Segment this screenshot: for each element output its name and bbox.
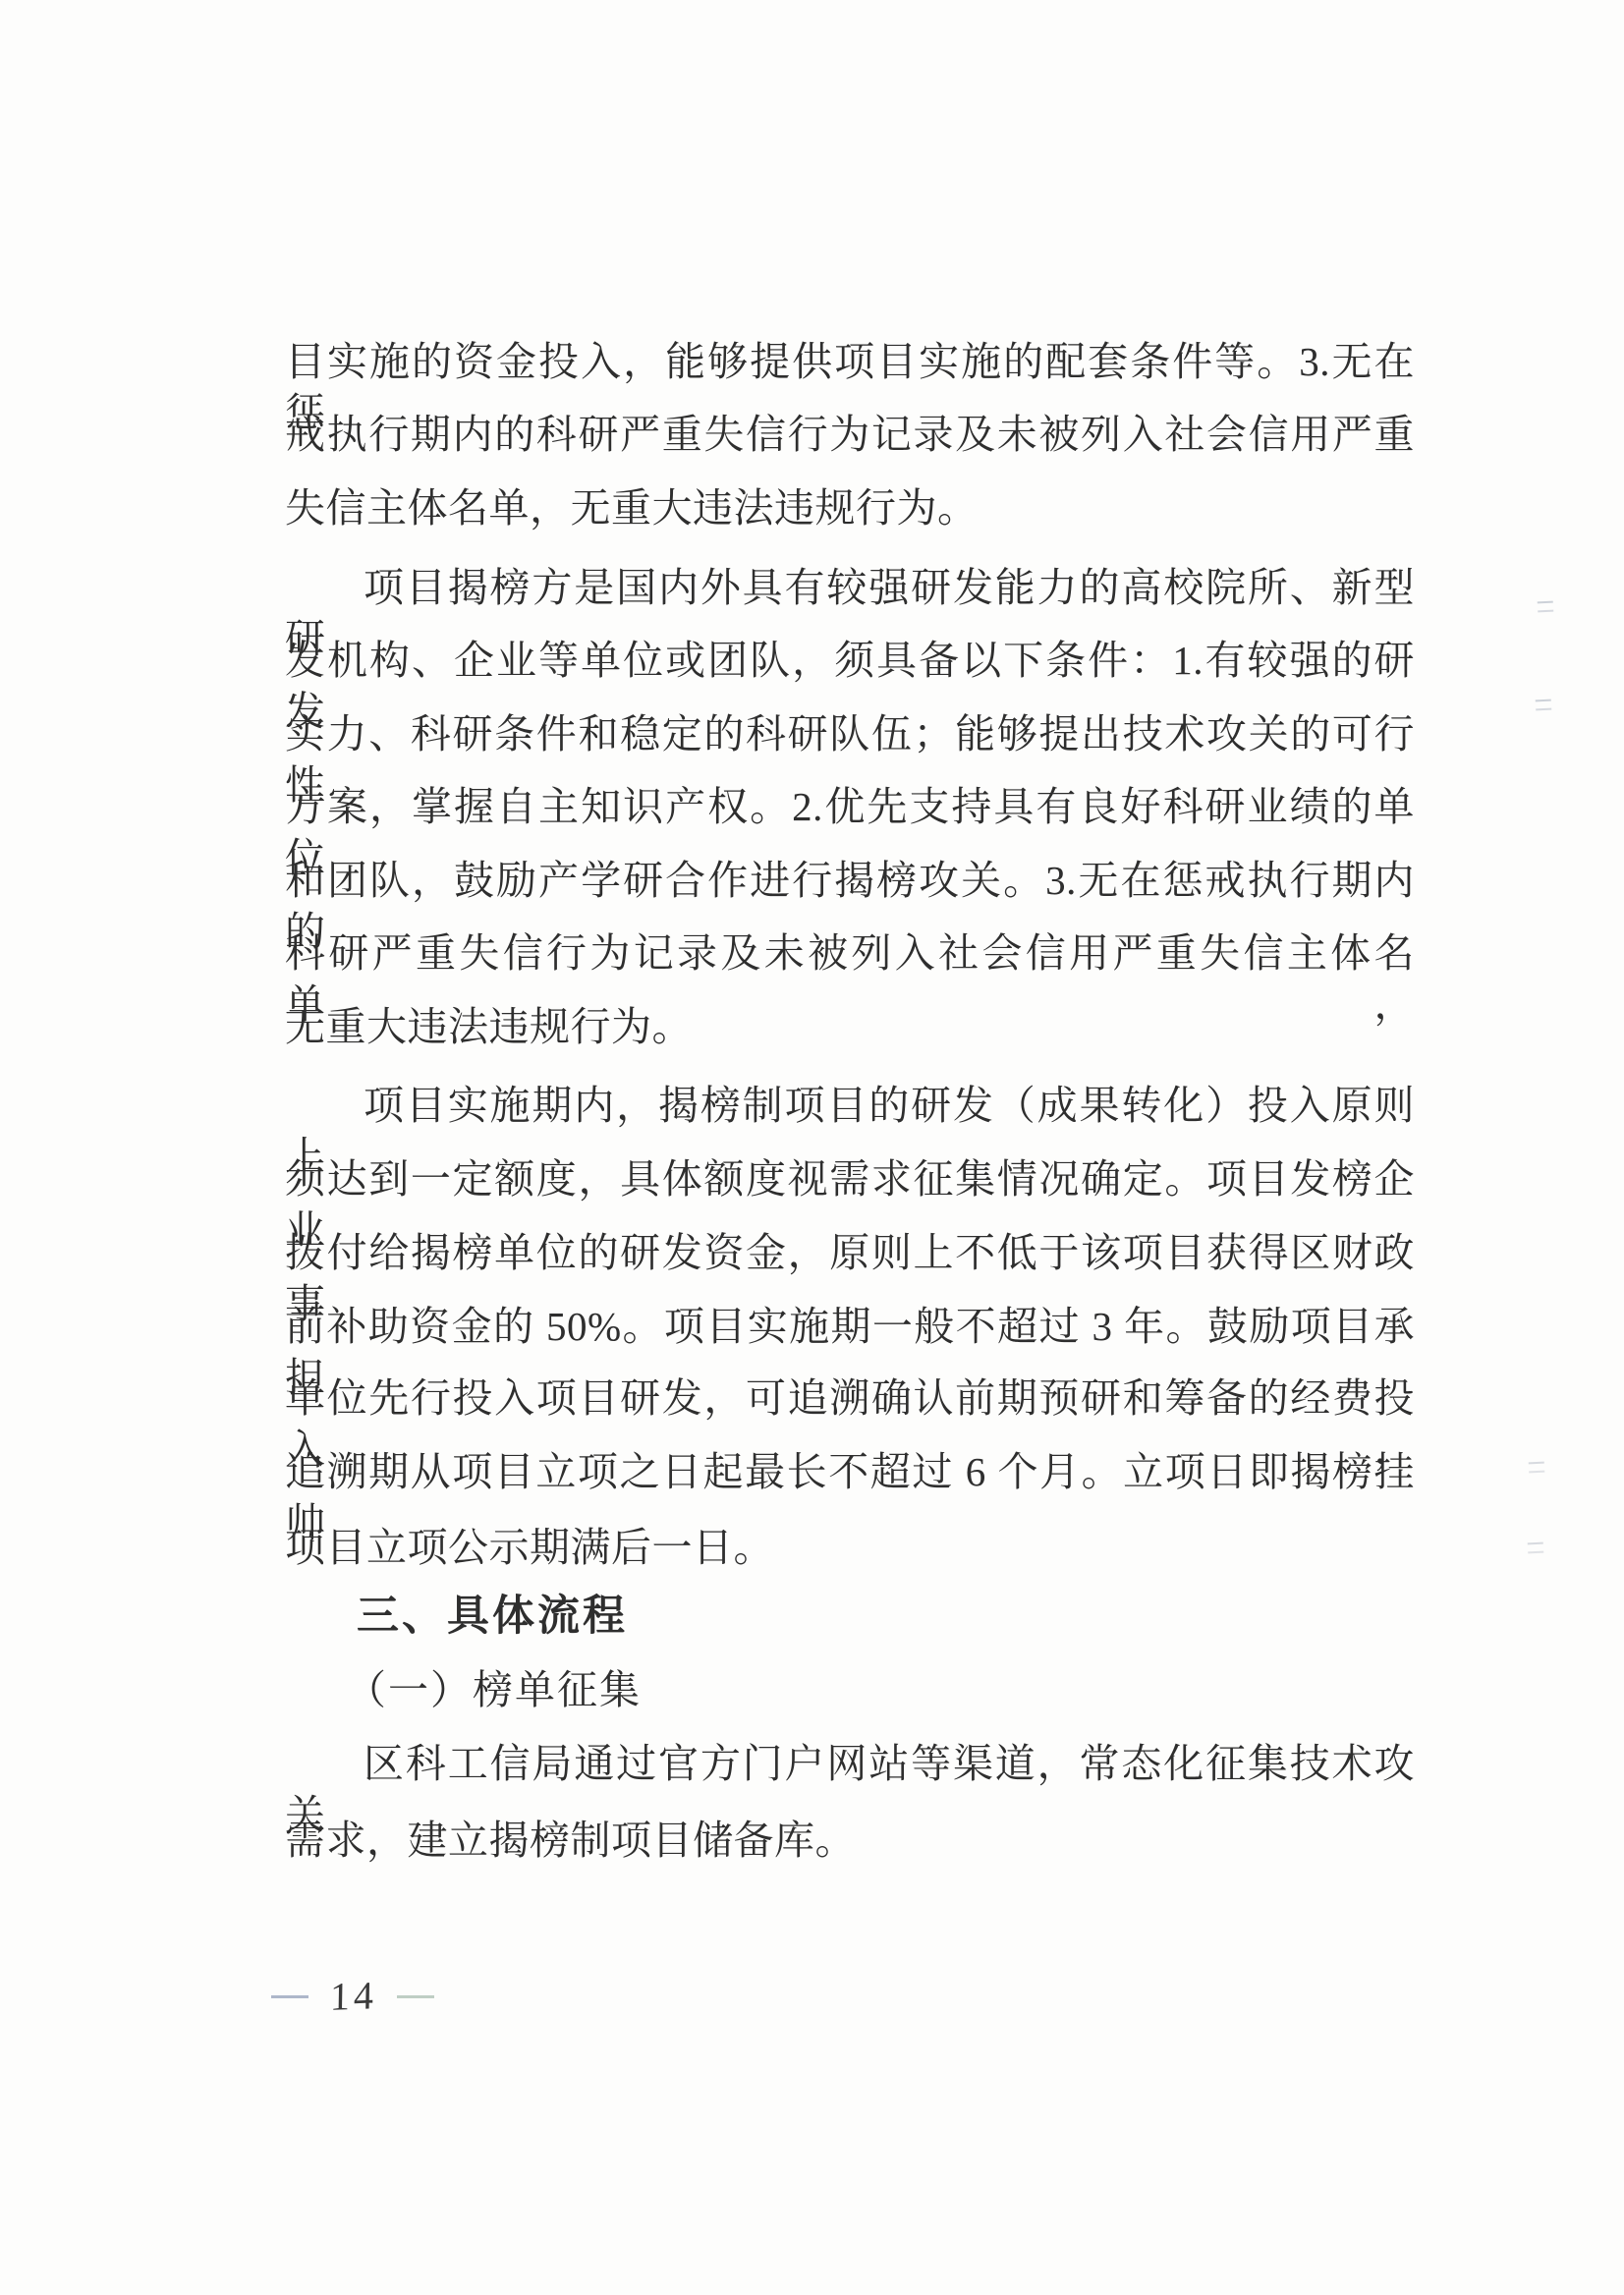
page-number: 14	[271, 1973, 434, 2020]
scan-artifact	[1529, 1462, 1545, 1474]
scan-artifact	[1538, 601, 1554, 613]
document-page: 目实施的资金投入，能够提供项目实施的配套条件等。3.无在惩 戒执行期内的科研严重…	[0, 0, 1624, 2295]
body-line: 需求，建立揭榜制项目储备库。	[285, 1815, 1415, 1866]
page-number-value: 14	[330, 1974, 378, 2019]
page-number-dash-left	[271, 1995, 308, 1998]
scan-artifact	[1536, 700, 1552, 711]
scan-artifact	[1528, 1542, 1544, 1554]
body-line: 戒执行期内的科研严重失信行为记录及未被列入社会信用严重	[285, 409, 1415, 460]
body-line: 无重大违法违规行为。	[285, 1001, 1415, 1052]
section-heading: 三、具体流程	[285, 1591, 1415, 1642]
subsection-heading: （一）榜单征集	[285, 1664, 1415, 1715]
body-line: 项目立项公示期满后一日。	[285, 1522, 1415, 1573]
page-number-dash-right	[397, 1995, 434, 1998]
body-line: 失信主体名单，无重大违法违规行为。	[285, 482, 1415, 533]
